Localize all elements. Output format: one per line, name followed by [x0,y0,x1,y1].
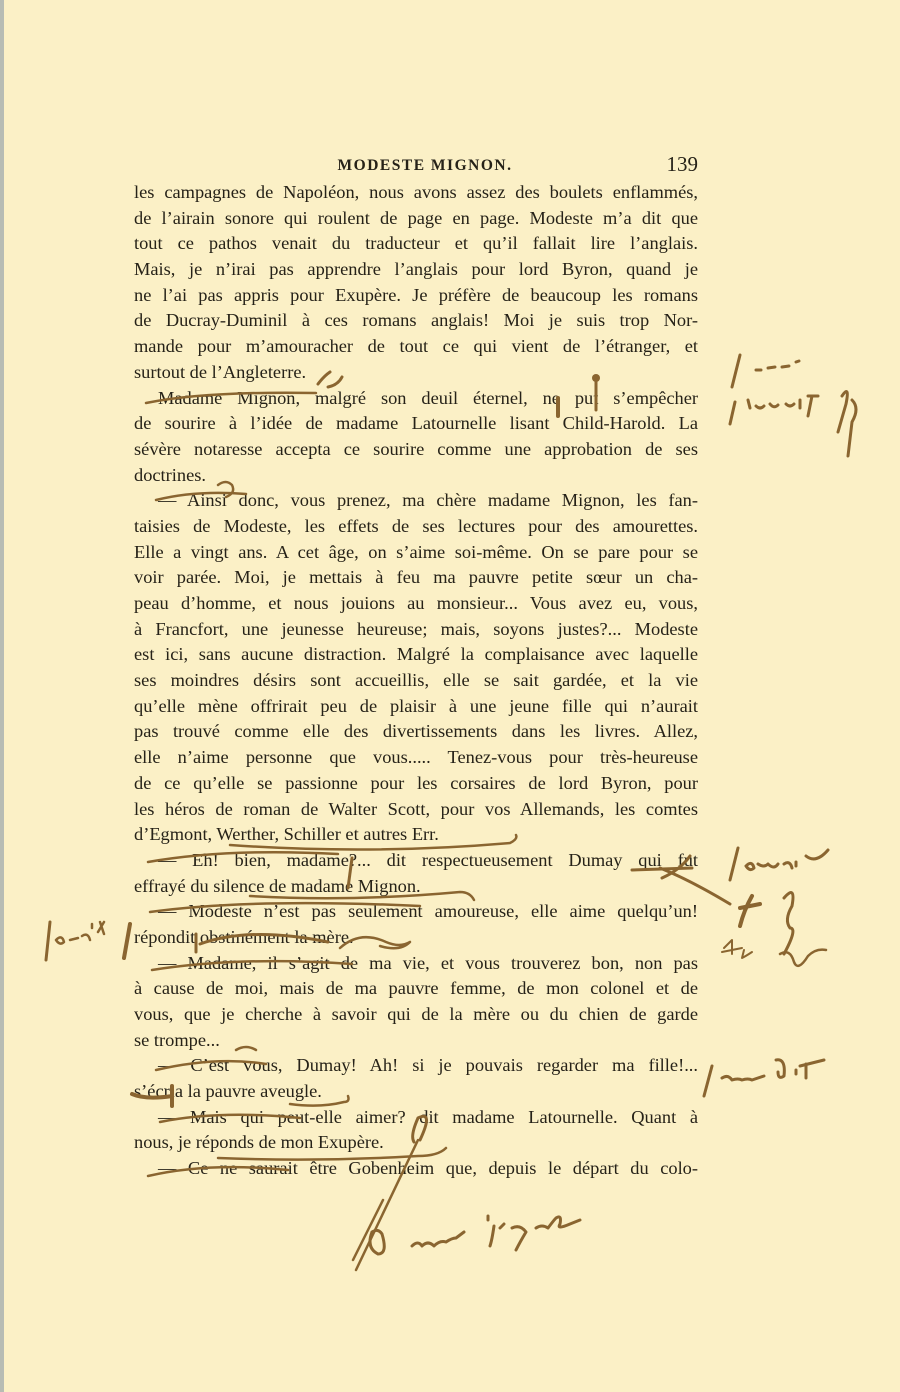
text-line: — Modeste n’est pas seulement amoureuse,… [134,899,698,925]
text-line: est ici, sans aucune distraction. Malgré… [134,642,698,668]
text-line: les campagnes de Napoléon, nous avons as… [134,180,698,206]
text-line: peau d’homme, et nous jouions au monsieu… [134,591,698,617]
text-line: sévère notaresse accepta ce sourire comm… [134,437,698,463]
text-line: s’écria la pauvre aveugle. [134,1079,698,1105]
text-line: — Ce ne saurait être Gobenheim que, depu… [134,1156,698,1182]
text-line: Mais, je n’irai pas apprendre l’anglais … [134,257,698,283]
text-line: ne l’ai pas appris pour Exupère. Je préf… [134,283,698,309]
page-edge [0,0,4,1392]
page-number: 139 [667,152,699,177]
text-line: — C’est vous, Dumay! Ah! si je pouvais r… [134,1053,698,1079]
text-line: surtout de l’Angleterre. [134,360,698,386]
text-line: tout ce pathos venait du traducteur et q… [134,231,698,257]
text-line: — Madame, il s’agit de ma vie, et vous t… [134,951,698,977]
text-line: de sourire à l’idée de madame Latournell… [134,411,698,437]
text-line: pas trouvé comme elle des divertissement… [134,719,698,745]
text-line: — Ainsi donc, vous prenez, ma chère mada… [134,488,698,514]
text-line: Elle a vingt ans. A cet âge, on s’aime s… [134,540,698,566]
text-line: doctrines. [134,463,698,489]
text-line: taisies de Modeste, les effets de ses le… [134,514,698,540]
text-line: d’Egmont, Werther, Schiller et autres Er… [134,822,698,848]
text-line: elle n’aime personne que vous..... Tenez… [134,745,698,771]
text-line: de ce qu’elle se passionne pour les cors… [134,771,698,797]
text-line: vous, que je cherche à savoir qui de la … [134,1002,698,1028]
text-line: ses moindres désirs sont accueillis, ell… [134,668,698,694]
text-line: — Eh! bien, madame?... dit respectueusem… [134,848,698,874]
text-line: Madame Mignon, malgré son deuil éternel,… [134,386,698,412]
text-line: qu’elle mène offrirait peu de plaisir à … [134,694,698,720]
text-line: se trompe... [134,1028,698,1054]
text-line: mande pour m’amouracher de tout ce qui v… [134,334,698,360]
page-header: MODESTE MIGNON. 139 [134,152,698,182]
text-line: effrayé du silence de madame Mignon. [134,874,698,900]
text-line: nous, je réponds de mon Exupère. [134,1130,698,1156]
text-line: — Mais qui peut-elle aimer? dit madame L… [134,1105,698,1131]
text-line: de l’airain sonore qui roulent de page e… [134,206,698,232]
text-line: à Francfort, une jeunesse heureuse; mais… [134,617,698,643]
running-title: MODESTE MIGNON. [134,157,698,175]
text-line: les héros de roman de Walter Scott, pour… [134,797,698,823]
text-line: répondit obstinément la mère. [134,925,698,951]
text-line: de Ducray-Duminil à ces romans anglais! … [134,308,698,334]
text-line: à cause de moi, mais de ma pauvre femme,… [134,976,698,1002]
text-line: voir parée. Moi, je mettais à feu ma pau… [134,565,698,591]
body-text: les campagnes de Napoléon, nous avons as… [134,180,698,1182]
